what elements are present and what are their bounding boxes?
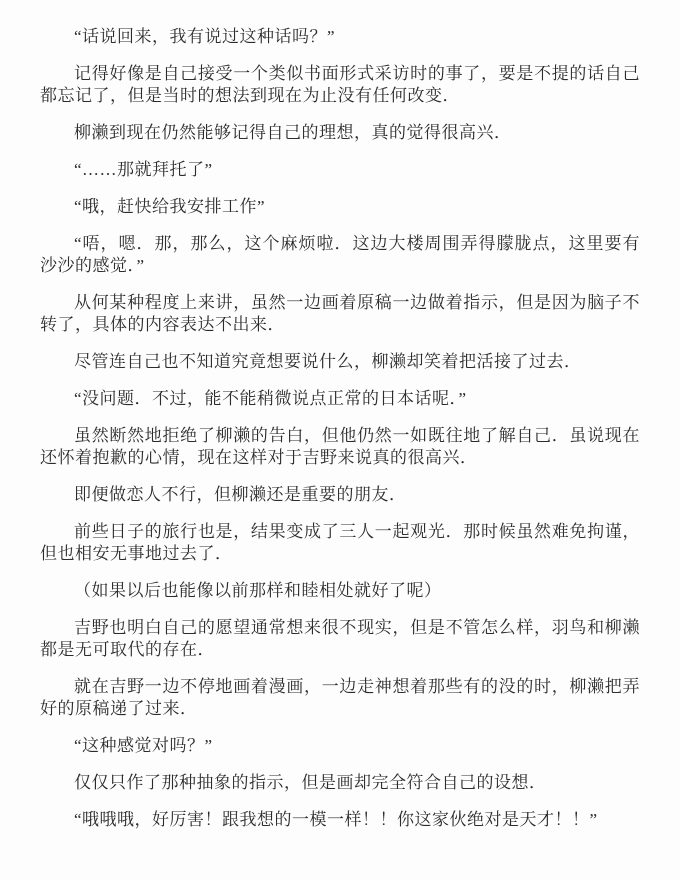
paragraph: “唔，嗯．那，那么，这个麻烦啦．这边大楼周围弄得朦胧点，这里要有沙沙的感觉．” xyxy=(40,233,640,277)
paragraph: 仅仅只作了那种抽象的指示，但是画却完全符合自己的设想． xyxy=(40,772,640,794)
paragraph: 从何某种程度上来讲，虽然一边画着原稿一边做着指示，但是因为脑子不转了，具体的内容… xyxy=(40,292,640,336)
paragraph: “没问题．不过，能不能稍微说点正常的日本话呢．” xyxy=(40,388,640,410)
paragraph: “哦哦哦，好厉害！跟我想的一模一样！！你这家伙绝对是天才！！” xyxy=(40,809,640,831)
paragraph: （如果以后也能像以前那样和睦相处就好了呢） xyxy=(40,580,640,602)
paragraph: 就在吉野一边不停地画着漫画，一边走神想着那些有的没的时，柳濑把弄好的原稿递了过来… xyxy=(40,676,640,720)
paragraph: 记得好像是自己接受一个类似书面形式采访时的事了，要是不提的话自己都忘记了，但是当… xyxy=(40,63,640,107)
paragraph: 虽然断然地拒绝了柳濑的告白，但他仍然一如既往地了解自己．虽说现在还怀着抱歉的心情… xyxy=(40,425,640,469)
paragraph: 前些日子的旅行也是，结果变成了三人一起观光．那时候虽然难免拘谨，但也相安无事地过… xyxy=(40,521,640,565)
paragraph: 吉野也明白自己的愿望通常想来很不现实，但是不管怎么样，羽鸟和柳濑都是无可取代的存… xyxy=(40,617,640,661)
document-page: “话说回来，我有说过这种话吗？” 记得好像是自己接受一个类似书面形式采访时的事了… xyxy=(0,0,680,880)
paragraph: “话说回来，我有说过这种话吗？” xyxy=(40,26,640,48)
paragraph: 尽管连自己也不知道究竟想要说什么，柳濑却笑着把活接了过去． xyxy=(40,351,640,373)
paragraph: “哦，赶快给我安排工作” xyxy=(40,196,640,218)
paragraph: “这种感觉对吗？” xyxy=(40,735,640,757)
paragraph: 柳濑到现在仍然能够记得自己的理想，真的觉得很高兴． xyxy=(40,122,640,144)
paragraph: 即便做恋人不行，但柳濑还是重要的朋友． xyxy=(40,484,640,506)
paragraph: “……那就拜托了” xyxy=(40,159,640,181)
